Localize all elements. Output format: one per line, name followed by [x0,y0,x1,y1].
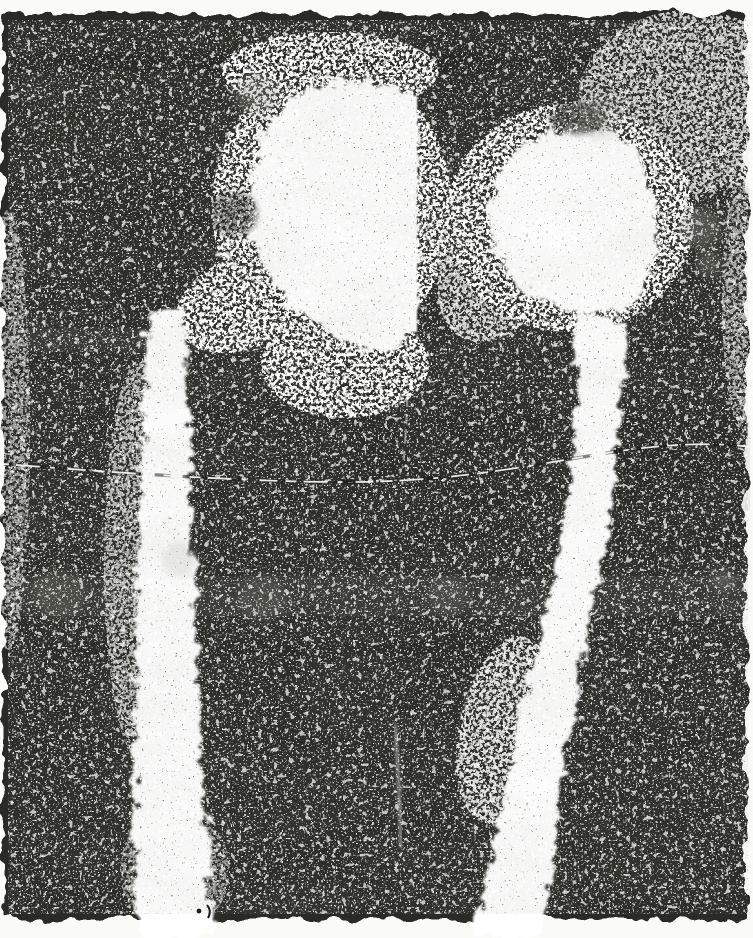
gray-smudge [712,568,736,592]
gray-smudge [235,73,279,117]
gray-smudge [577,92,625,140]
gray-smudge [162,542,198,578]
gray-smudge [680,208,720,248]
halftone-radiograph-figure [0,0,753,938]
gray-smudge [696,250,722,276]
grain-pepper [8,20,748,914]
gray-smudge [34,568,86,620]
gray-smudge [428,576,468,616]
grain-noise-layer [8,20,748,914]
radiograph-canvas [0,0,753,938]
gray-smudge [238,574,286,622]
ink-dot [197,909,202,914]
